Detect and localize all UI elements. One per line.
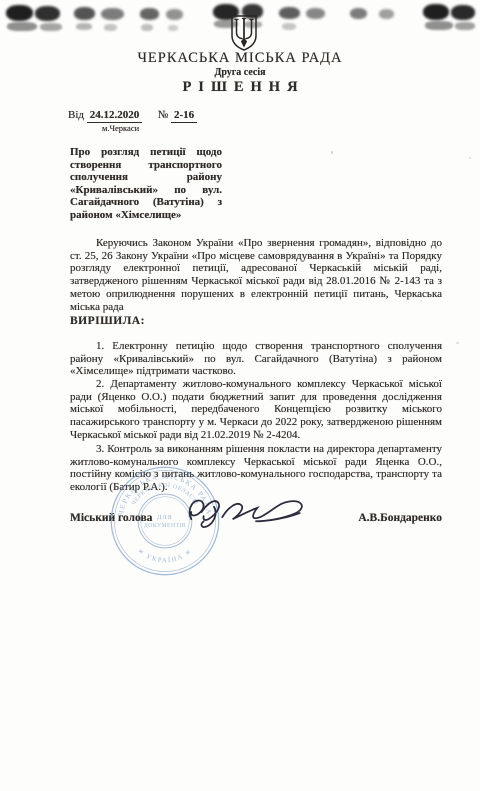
stamp-center-line1: ДЛЯ (157, 514, 173, 521)
stamp-center-line2: ДОКУМЕНТІВ (144, 523, 186, 529)
ink-smudge (168, 25, 178, 31)
resolved-label: ВИРІШИЛА: (70, 315, 442, 328)
org-name: ЧЕРКАСЬКА МІСЬКА РАДА (0, 50, 480, 67)
svg-text:✳ УКРАЇНА ✳: ✳ УКРАЇНА ✳ (136, 548, 194, 565)
subject-line: Про розгляд петиції щодо (70, 146, 222, 159)
doc-subject: Про розгляд петиції щодо створення транс… (70, 146, 222, 221)
subject-line: сполучення району (70, 171, 222, 184)
resolution-item-2: 2. Департаменту житлово-комунального ком… (70, 378, 442, 442)
ink-smudge (306, 8, 325, 19)
subject-line: створення транспортного (70, 159, 222, 172)
ink-smudge (101, 8, 124, 20)
ink-smudge (76, 23, 92, 30)
ink-smudge (40, 23, 62, 31)
ink-smudge (74, 7, 95, 20)
ink-smudge (282, 23, 296, 30)
ink-smudge (451, 5, 475, 20)
ink-smudge (7, 22, 37, 31)
resolution-item-1: 1. Електронну петицію щодо створення тра… (70, 340, 442, 378)
ink-smudge (425, 21, 453, 30)
signer-name: А.В.Бондаренко (358, 512, 442, 524)
doc-date: 24.12.2020 (87, 109, 143, 123)
preamble-paragraph: Керуючись Законом України «Про звернення… (70, 237, 442, 313)
handwritten-signature (183, 494, 307, 530)
from-label: Від (68, 109, 84, 121)
session-title: Друга сесія (0, 67, 480, 78)
scan-speck (469, 157, 471, 159)
stamp-ring-bottom-text: ✳ УКРАЇНА ✳ (136, 548, 194, 565)
ink-smudge (350, 8, 367, 19)
subject-line: «Кривалівський» по вул. (70, 184, 222, 197)
ink-smudge (140, 8, 159, 20)
ink-smudge (104, 24, 117, 31)
scan-speck (456, 342, 459, 344)
subject-line: районом «Хімселище» (70, 209, 222, 222)
ink-smudge (279, 7, 300, 19)
subject-line: Сагайдачного (Ватутіна) з (70, 196, 222, 209)
ink-smudge (455, 22, 475, 30)
document-type-title: РІШЕННЯ (0, 79, 480, 96)
doc-meta-line: Від 24.12.2020 № 2-16 (68, 109, 197, 121)
ink-smudge (6, 5, 33, 21)
scan-speck (331, 151, 333, 154)
number-label: № (158, 109, 169, 121)
scanned-decision-document: ЧЕРКАСЬКА МІСЬКА РАДА Друга сесія РІШЕНН… (0, 0, 480, 791)
ink-smudge (35, 6, 60, 21)
coat-of-arms-icon (230, 14, 258, 52)
doc-number: 2-16 (171, 109, 197, 123)
doc-city: м.Черкаси (102, 123, 139, 133)
ink-smudge (166, 9, 183, 20)
ink-smudge (379, 9, 394, 19)
ink-smudge (141, 24, 153, 31)
ink-smudge (423, 4, 449, 20)
